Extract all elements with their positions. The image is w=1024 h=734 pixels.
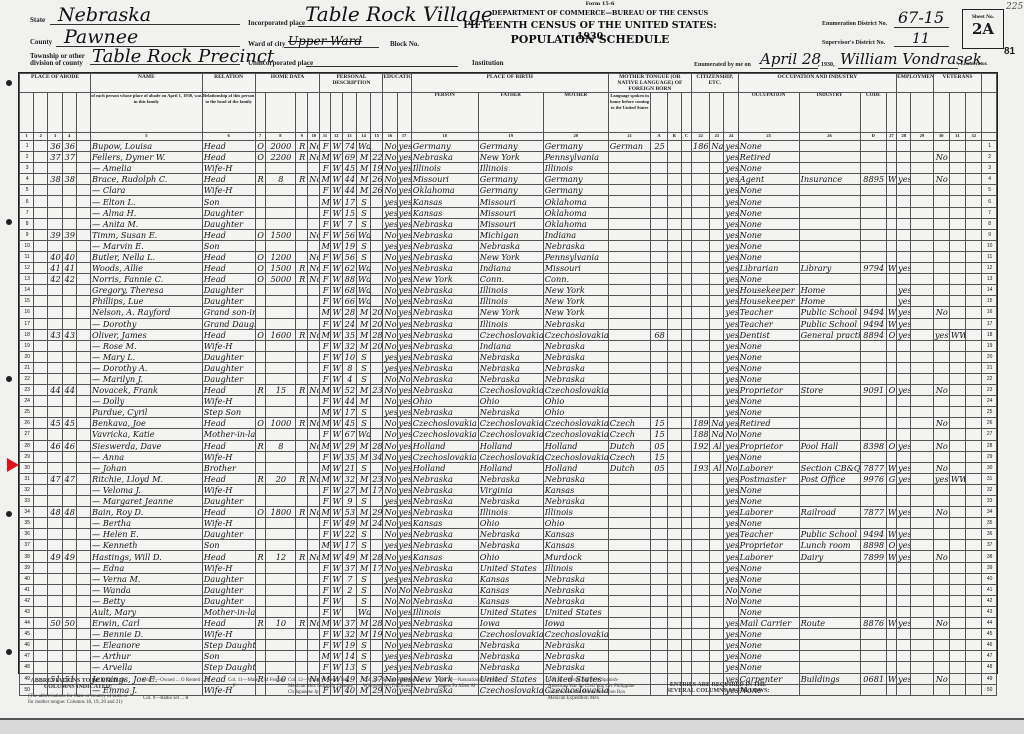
- relation-cell: Son: [202, 540, 255, 551]
- occupation-code-cell: [860, 606, 886, 617]
- birthplace-person-cell: Nebraska: [411, 473, 478, 484]
- radio-set-cell: R: [296, 263, 308, 274]
- table-row: 93939Timm, Susan E.HeadO1500NoFW56WdNoye…: [20, 229, 997, 240]
- war-cell: [949, 407, 965, 418]
- home-value-cell: [265, 318, 295, 329]
- race-cell: W: [330, 285, 342, 296]
- can-read-cell: yes: [397, 263, 411, 274]
- mother-tongue-cell: [608, 662, 651, 673]
- school-attendance-cell: No: [383, 373, 397, 384]
- school-attendance-cell: No: [383, 518, 397, 529]
- person-name-cell: — Arthur: [91, 651, 203, 662]
- table-row: 48— ArvellaStep DaughterFW13SyesyesNebra…: [20, 662, 997, 673]
- line-number-cell: 28: [20, 440, 34, 451]
- sex-cell: F: [320, 229, 330, 240]
- birthplace-code-cell: [651, 340, 667, 351]
- naturalization-cell: [710, 229, 724, 240]
- marital-status-cell: M: [356, 451, 370, 462]
- line-number-right-cell: 2: [982, 152, 997, 163]
- school-attendance-cell: No: [383, 629, 397, 640]
- home-value-cell: [265, 451, 295, 462]
- war-cell: [949, 174, 965, 185]
- enumerator-underline: [838, 68, 958, 69]
- blank-cell: [966, 551, 982, 562]
- naturalization-cell: [710, 263, 724, 274]
- table-row: 33— Margaret JeanneDaughterFW9SyesyesNeb…: [20, 496, 997, 507]
- mother-tongue-cell: [608, 562, 651, 573]
- table-row: 314747Ritchie, Lloyd M.HeadR20RNoMW32M23…: [20, 473, 997, 484]
- person-name-cell: — Dolly: [91, 396, 203, 407]
- race-cell: W: [330, 551, 342, 562]
- birthplace-code-cell: [651, 373, 667, 384]
- blank-cell: [911, 573, 933, 584]
- blank-cell: [34, 662, 48, 673]
- home-tenure-cell: R: [255, 440, 265, 451]
- school-attendance-cell: No: [383, 396, 397, 407]
- blank-cell: [966, 473, 982, 484]
- mother-tongue-cell: [608, 606, 651, 617]
- blank-cell: [681, 240, 691, 251]
- birthplace-code-cell: [651, 196, 667, 207]
- person-name-cell: — Amelia: [91, 163, 203, 174]
- dwelling-number-cell: [48, 296, 62, 307]
- immigration-year-cell: [691, 218, 709, 229]
- line-number-cell: 47: [20, 651, 34, 662]
- can-read-cell: yes: [397, 484, 411, 495]
- home-value-cell: 15: [265, 385, 295, 396]
- person-name-cell: — Betty: [91, 595, 203, 606]
- birthplace-mother-cell: Kansas: [543, 540, 608, 551]
- relation-cell: Wife-H: [202, 396, 255, 407]
- marital-status-cell: M: [356, 307, 370, 318]
- worker-class-cell: W: [886, 174, 896, 185]
- institution-label: Institution: [472, 59, 504, 67]
- blank-cell: [34, 584, 48, 595]
- blank-cell: [966, 595, 982, 606]
- family-number-cell: [62, 562, 76, 573]
- birthplace-mother-cell: Nebraska: [543, 573, 608, 584]
- home-value-cell: [265, 529, 295, 540]
- blank-cell: [681, 629, 691, 640]
- birthplace-person-cell: Illinois: [411, 163, 478, 174]
- immigration-year-cell: [691, 163, 709, 174]
- table-row: 45— Bennie D.Wife-HFW32M19NoyesNebraskaC…: [20, 629, 997, 640]
- blank-cell: [34, 307, 48, 318]
- speaks-english-cell: yes: [724, 396, 738, 407]
- blank-cell: [681, 185, 691, 196]
- war-cell: [949, 307, 965, 318]
- blank-cell: [34, 418, 48, 429]
- immigration-year-cell: 1921: [691, 440, 709, 451]
- worker-class-cell: W: [886, 263, 896, 274]
- occupation-cell: None: [738, 451, 799, 462]
- home-value-cell: [265, 340, 295, 351]
- veteran-cell: No: [933, 462, 949, 473]
- line-number-cell: 41: [20, 584, 34, 595]
- dwelling-number-cell: [48, 562, 62, 573]
- war-cell: [949, 418, 965, 429]
- industry-cell: [799, 629, 860, 640]
- blank-cell: [911, 373, 933, 384]
- blank-cell: [667, 362, 681, 373]
- blank-cell: [76, 529, 90, 540]
- age-at-marriage-cell: 26: [371, 174, 383, 185]
- line-number-cell: 32: [20, 484, 34, 495]
- immigration-year-cell: [691, 385, 709, 396]
- age-cell: 24: [342, 318, 356, 329]
- blank-cell: [76, 451, 90, 462]
- person-name-cell: Timm, Susan E.: [91, 229, 203, 240]
- home-tenure-cell: [255, 340, 265, 351]
- blank-cell: [966, 185, 982, 196]
- mother-tongue-cell: [608, 196, 651, 207]
- school-attendance-cell: No: [383, 385, 397, 396]
- birthplace-code-cell: 15: [651, 451, 667, 462]
- line-number-cell: 18: [20, 329, 34, 340]
- birthplace-father-cell: Nebraska: [478, 651, 543, 662]
- birthplace-code-cell: [651, 240, 667, 251]
- school-attendance-cell: No: [383, 340, 397, 351]
- employed-cell: yes: [897, 507, 911, 518]
- worker-class-cell: W: [886, 529, 896, 540]
- industry-cell: [799, 362, 860, 373]
- sex-cell: F: [320, 640, 330, 651]
- dwelling-number-cell: 47: [48, 473, 62, 484]
- blank-cell: [667, 462, 681, 473]
- sex-cell: F: [320, 362, 330, 373]
- birthplace-father-cell: Nebraska: [478, 640, 543, 651]
- worker-class-cell: [886, 573, 896, 584]
- age-at-marriage-cell: 28: [371, 551, 383, 562]
- occupation-cell: Laborer: [738, 507, 799, 518]
- occupation-cell: Teacher: [738, 307, 799, 318]
- blank-cell: [76, 473, 90, 484]
- home-value-cell: [265, 307, 295, 318]
- farm-cell: [308, 529, 320, 540]
- abbr-col22: Col. 22—Naturalized Na First papers Pa A…: [438, 678, 508, 690]
- blank-cell: [681, 174, 691, 185]
- age-cell: 68: [342, 285, 356, 296]
- war-cell: [949, 396, 965, 407]
- blank-cell: [76, 551, 90, 562]
- naturalization-cell: [710, 540, 724, 551]
- age-at-marriage-cell: [371, 251, 383, 262]
- blank-cell: [76, 196, 90, 207]
- table-row: 22— Marilyn J.DaughterFW4SNoNoNebraskaNe…: [20, 373, 997, 384]
- farm-cell: No: [308, 141, 320, 152]
- industry-cell: [799, 573, 860, 584]
- blank-cell: [681, 229, 691, 240]
- veteran-cell: [933, 606, 949, 617]
- employed-cell: yes: [897, 529, 911, 540]
- worker-class-cell: [886, 518, 896, 529]
- home-tenure-cell: [255, 529, 265, 540]
- blank-cell: [966, 529, 982, 540]
- dwelling-number-cell: [48, 429, 62, 440]
- line-number-cell: 21: [20, 362, 34, 373]
- blank-cell: [911, 274, 933, 285]
- employed-cell: [897, 518, 911, 529]
- age-at-marriage-cell: 20: [371, 340, 383, 351]
- blank-cell: [34, 362, 48, 373]
- immigration-year-cell: 1887: [691, 429, 709, 440]
- industry-cell: [799, 484, 860, 495]
- race-cell: W: [330, 218, 342, 229]
- worker-class-cell: [886, 152, 896, 163]
- line-number-right-cell: 3: [982, 163, 997, 174]
- family-number-cell: [62, 496, 76, 507]
- radio-set-cell: [296, 496, 308, 507]
- family-number-cell: 48: [62, 507, 76, 518]
- occupation-code-cell: [860, 163, 886, 174]
- worker-class-cell: [886, 185, 896, 196]
- marital-status-cell: M: [356, 562, 370, 573]
- veteran-cell: [933, 351, 949, 362]
- blank-cell: [34, 229, 48, 240]
- line-number-right-cell: 39: [982, 562, 997, 573]
- farm-cell: [308, 296, 320, 307]
- age-cell: 21: [342, 462, 356, 473]
- can-read-cell: yes: [397, 551, 411, 562]
- school-attendance-cell: No: [383, 551, 397, 562]
- home-tenure-cell: [255, 296, 265, 307]
- birthplace-mother-cell: Nebraska: [543, 640, 608, 651]
- race-cell: W: [330, 440, 342, 451]
- dwelling-number-cell: 48: [48, 507, 62, 518]
- home-tenure-cell: [255, 240, 265, 251]
- industry-cell: Home: [799, 285, 860, 296]
- blank-cell: [76, 584, 90, 595]
- person-name-cell: Hastings, Will D.: [91, 551, 203, 562]
- worker-class-cell: [886, 451, 896, 462]
- immigration-year-cell: [691, 618, 709, 629]
- age-cell: [342, 595, 356, 606]
- mother-tongue-cell: [608, 174, 651, 185]
- line-number-cell: 7: [20, 207, 34, 218]
- immigration-year-cell: [691, 329, 709, 340]
- home-tenure-cell: [255, 573, 265, 584]
- blank-cell: [681, 196, 691, 207]
- township-value: Table Rock Precinct: [92, 46, 274, 67]
- age-cell: 53: [342, 507, 356, 518]
- birthplace-code-cell: [651, 595, 667, 606]
- age-at-marriage-cell: [371, 396, 383, 407]
- blank-cell: [34, 296, 48, 307]
- sex-cell: M: [320, 385, 330, 396]
- birthplace-mother-cell: Kansas: [543, 484, 608, 495]
- blank-cell: [966, 584, 982, 595]
- home-value-cell: [265, 518, 295, 529]
- immigration-year-cell: [691, 351, 709, 362]
- col-person: PERSON: [411, 93, 478, 133]
- industry-cell: General practice: [799, 329, 860, 340]
- incorporated-label: Incorporated place: [248, 19, 305, 27]
- radio-set-cell: [296, 196, 308, 207]
- worker-class-cell: [886, 296, 896, 307]
- footer-instructions: ABBREVIATIONS TO BE USED IN COLUMNS INDI…: [18, 674, 996, 720]
- school-attendance-cell: No: [383, 451, 397, 462]
- birthplace-code-cell: [651, 484, 667, 495]
- school-attendance-cell: No: [383, 251, 397, 262]
- enumerated-year: , 1930,: [818, 62, 835, 68]
- occupation-cell: None: [738, 362, 799, 373]
- line-number-right-cell: 30: [982, 462, 997, 473]
- veteran-cell: [933, 218, 949, 229]
- occupation-code-cell: [860, 362, 886, 373]
- occupation-code-cell: [860, 373, 886, 384]
- blank-cell: [667, 496, 681, 507]
- employed-cell: [897, 251, 911, 262]
- sex-cell: F: [320, 429, 330, 440]
- blank-cell: [681, 251, 691, 262]
- race-cell: W: [330, 651, 342, 662]
- age-cell: 35: [342, 451, 356, 462]
- age-cell: 14: [342, 651, 356, 662]
- home-value-cell: 2200: [265, 152, 295, 163]
- birthplace-father-cell: Holland: [478, 462, 543, 473]
- blank-cell: [681, 385, 691, 396]
- radio-set-cell: R: [296, 551, 308, 562]
- school-attendance-cell: No: [383, 640, 397, 651]
- home-tenure-cell: R: [255, 551, 265, 562]
- blank-cell: [76, 296, 90, 307]
- speaks-english-cell: yes: [724, 351, 738, 362]
- farm-cell: [308, 518, 320, 529]
- family-number-cell: [62, 307, 76, 318]
- immigration-year-cell: [691, 551, 709, 562]
- school-attendance-cell: No: [383, 141, 397, 152]
- farm-cell: [308, 207, 320, 218]
- occupation-code-cell: [860, 296, 886, 307]
- blank-cell: [34, 540, 48, 551]
- blank-cell: [911, 218, 933, 229]
- marital-status-cell: S: [356, 196, 370, 207]
- immigration-year-cell: [691, 285, 709, 296]
- family-number-cell: [62, 351, 76, 362]
- occupation-code-cell: 8876: [860, 618, 886, 629]
- farm-cell: [308, 407, 320, 418]
- blank-cell: [966, 152, 982, 163]
- incorporated-underline: [298, 26, 458, 27]
- farm-cell: No: [308, 229, 320, 240]
- employed-cell: [897, 185, 911, 196]
- age-cell: 28: [342, 307, 356, 318]
- speaks-english-cell: yes: [724, 163, 738, 174]
- speaks-english-cell: yes: [724, 618, 738, 629]
- worker-class-cell: [886, 606, 896, 617]
- worker-class-cell: [886, 640, 896, 651]
- war-cell: WW: [949, 473, 965, 484]
- line-number-right-cell: 8: [982, 218, 997, 229]
- person-name-cell: — Kenneth: [91, 540, 203, 551]
- school-attendance-cell: No: [383, 462, 397, 473]
- blank-cell: [966, 296, 982, 307]
- speaks-english-cell: yes: [724, 440, 738, 451]
- occupation-code-cell: [860, 196, 886, 207]
- naturalization-cell: Al: [710, 440, 724, 451]
- birthplace-code-cell: [651, 285, 667, 296]
- line-number-right-cell: 4: [982, 174, 997, 185]
- blank-cell: [34, 240, 48, 251]
- immigration-year-cell: [691, 251, 709, 262]
- birthplace-mother-cell: Nebraska: [543, 651, 608, 662]
- war-cell: [949, 573, 965, 584]
- farm-cell: No: [308, 385, 320, 396]
- home-tenure-cell: [255, 496, 265, 507]
- home-tenure-cell: R: [255, 174, 265, 185]
- employed-cell: [897, 562, 911, 573]
- blank-cell: [667, 218, 681, 229]
- blank-cell: [34, 251, 48, 262]
- radio-set-cell: [296, 595, 308, 606]
- birthplace-father-cell: Czechoslovakia: [478, 451, 543, 462]
- table-row: 234444Novacek, FrankHeadR15RNoMW52M23Noy…: [20, 385, 997, 396]
- birthplace-code-cell: [651, 174, 667, 185]
- blank-cell: [681, 484, 691, 495]
- industry-cell: Public School: [799, 307, 860, 318]
- col-mother: MOTHER: [543, 93, 608, 133]
- blank-cell: [911, 263, 933, 274]
- blank-cell: [911, 629, 933, 640]
- home-value-cell: [265, 595, 295, 606]
- home-tenure-cell: [255, 595, 265, 606]
- family-number-cell: 49: [62, 551, 76, 562]
- naturalization-cell: [710, 340, 724, 351]
- age-at-marriage-cell: [371, 407, 383, 418]
- employed-cell: [897, 584, 911, 595]
- employed-cell: yes: [897, 329, 911, 340]
- mother-tongue-cell: [608, 573, 651, 584]
- naturalization-cell: [710, 251, 724, 262]
- farm-cell: [308, 573, 320, 584]
- group-occupation: OCCUPATION AND INDUSTRY: [738, 74, 896, 93]
- table-row: 40— Verna M.DaughterFW7SyesyesNebraskaKa…: [20, 573, 997, 584]
- school-attendance-cell: No: [383, 318, 397, 329]
- radio-set-cell: [296, 451, 308, 462]
- can-read-cell: yes: [397, 540, 411, 551]
- occupation-code-cell: [860, 141, 886, 152]
- relation-cell: Daughter: [202, 373, 255, 384]
- marital-status-cell: Wd: [356, 229, 370, 240]
- blank-cell: [911, 296, 933, 307]
- sex-cell: F: [320, 396, 330, 407]
- table-row: 7— Alma H.DaughterFW15SyesyesKansasMisso…: [20, 207, 997, 218]
- birthplace-code-cell: 68: [651, 329, 667, 340]
- can-read-cell: yes: [397, 662, 411, 673]
- family-number-cell: [62, 285, 76, 296]
- mother-tongue-cell: [608, 651, 651, 662]
- home-value-cell: [265, 163, 295, 174]
- war-cell: [949, 218, 965, 229]
- age-cell: 74: [342, 141, 356, 152]
- school-attendance-cell: No: [383, 595, 397, 606]
- occupation-code-cell: 9091: [860, 385, 886, 396]
- immigration-year-cell: [691, 407, 709, 418]
- industry-cell: [799, 251, 860, 262]
- race-cell: W: [330, 529, 342, 540]
- person-name-cell: Phillips, Lue: [91, 296, 203, 307]
- naturalization-cell: [710, 651, 724, 662]
- can-read-cell: No: [397, 584, 411, 595]
- industry-cell: Lunch room: [799, 540, 860, 551]
- birthplace-person-cell: Nebraska: [411, 484, 478, 495]
- line-number-right-cell: 23: [982, 385, 997, 396]
- relation-cell: Daughter: [202, 529, 255, 540]
- mother-tongue-cell: [608, 551, 651, 562]
- marital-status-cell: M: [356, 340, 370, 351]
- worker-class-cell: [886, 651, 896, 662]
- age-at-marriage-cell: [371, 274, 383, 285]
